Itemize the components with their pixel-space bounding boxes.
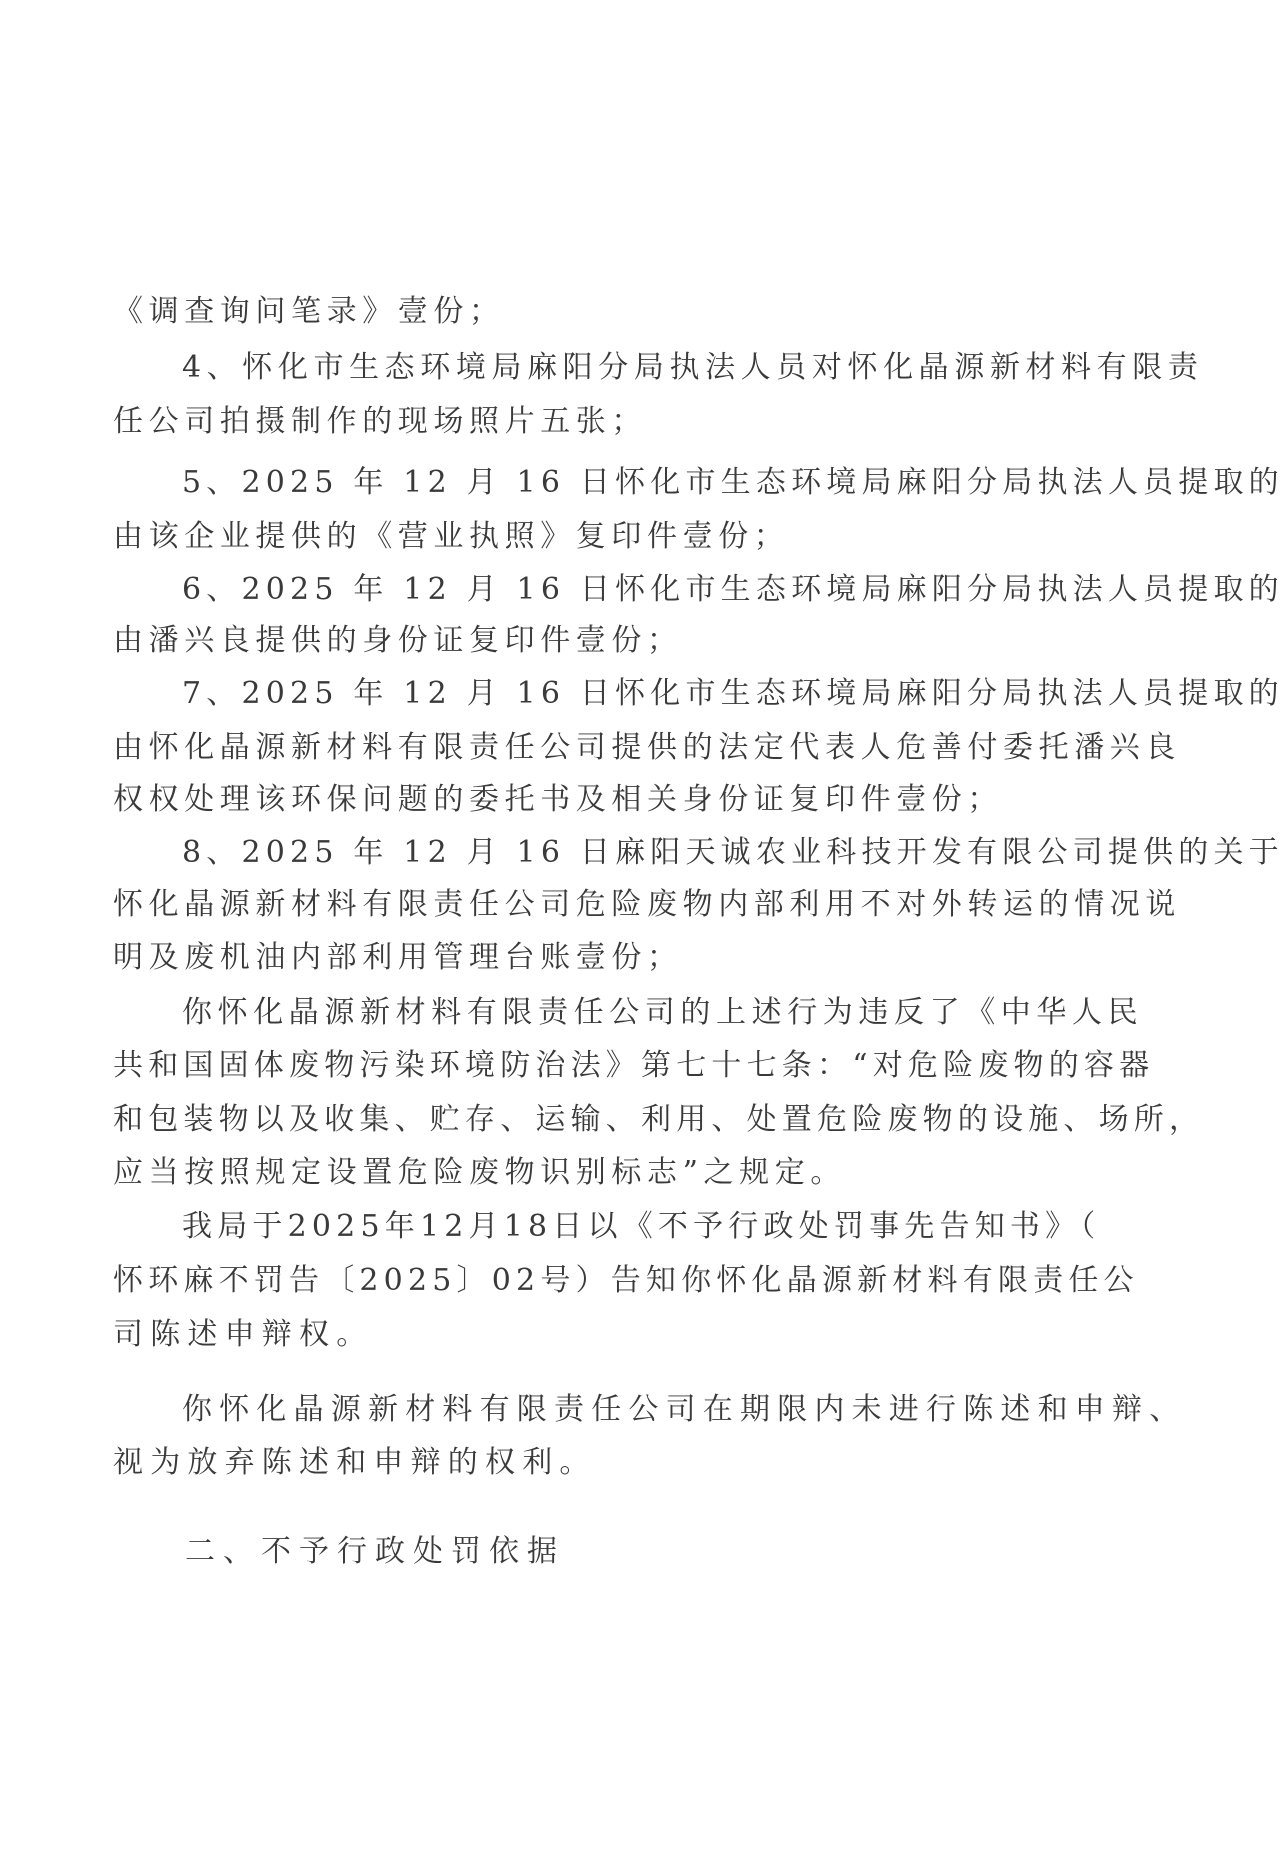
text-line-20: 司陈述申辩权。 [113,1315,373,1355]
evidence-item-6: 6、2025 年 12 月 16 日怀化市生态环境局麻阳分局执法人员提取的 [182,570,1280,610]
text-line-12: 怀化晶源新材料有限责任公司危险废物内部利用不对外转运的情况说 [113,885,1181,925]
text-line-13: 明及废机油内部利用管理台账壹份； [113,938,683,978]
text-line-16: 和包装物以及收集、贮存、运输、利用、处置危险废物的设施、场所， [113,1100,1204,1140]
text-line-9: 由怀化晶源新材料有限责任公司提供的法定代表人危善付委托潘兴良 [113,728,1181,768]
text-line-3: 任公司拍摄制作的现场照片五张； [113,402,647,442]
evidence-item-4: 4、怀化市生态环境局麻阳分局执法人员对怀化晶源新材料有限责 [182,348,1204,388]
text-line-10: 权权处理该环保问题的委托书及相关身份证复印件壹份； [113,780,1003,820]
section-heading: 二、不予行政处罚依据 [185,1532,565,1572]
waiver-paragraph: 你怀化晶源新材料有限责任公司在期限内未进行陈述和申辩、 [182,1390,1186,1430]
evidence-item-7: 7、2025 年 12 月 16 日怀化市生态环境局麻阳分局执法人员提取的 [182,674,1280,714]
violation-paragraph: 你怀化晶源新材料有限责任公司的上述行为违反了《中华人民 [182,993,1143,1033]
text-line-15: 共和国固体废物污染环境防治法》第七十七条：“对危险废物的容器 [113,1046,1154,1086]
text-line-22: 视为放弃陈述和申辩的权利。 [113,1443,597,1483]
text-line-17: 应当按照规定设置危险废物识别标志”之规定。 [113,1153,846,1193]
notice-paragraph: 我局于2025年12月18日以《不予行政处罚事先告知书》（ [182,1207,1101,1247]
evidence-item-8: 8、2025 年 12 月 16 日麻阳天诚农业科技开发有限公司提供的关于 [182,833,1280,873]
text-line-7: 由潘兴良提供的身份证复印件壹份； [113,621,683,661]
text-line-1: 《调查询问笔录》壹份； [113,292,505,332]
text-line-5: 由该企业提供的《营业执照》复印件壹份； [113,517,789,557]
text-line-19: 怀环麻不罚告〔2025〕02号）告知你怀化晶源新材料有限责任公 [113,1261,1139,1301]
evidence-item-5: 5、2025 年 12 月 16 日怀化市生态环境局麻阳分局执法人员提取的 [182,463,1280,503]
